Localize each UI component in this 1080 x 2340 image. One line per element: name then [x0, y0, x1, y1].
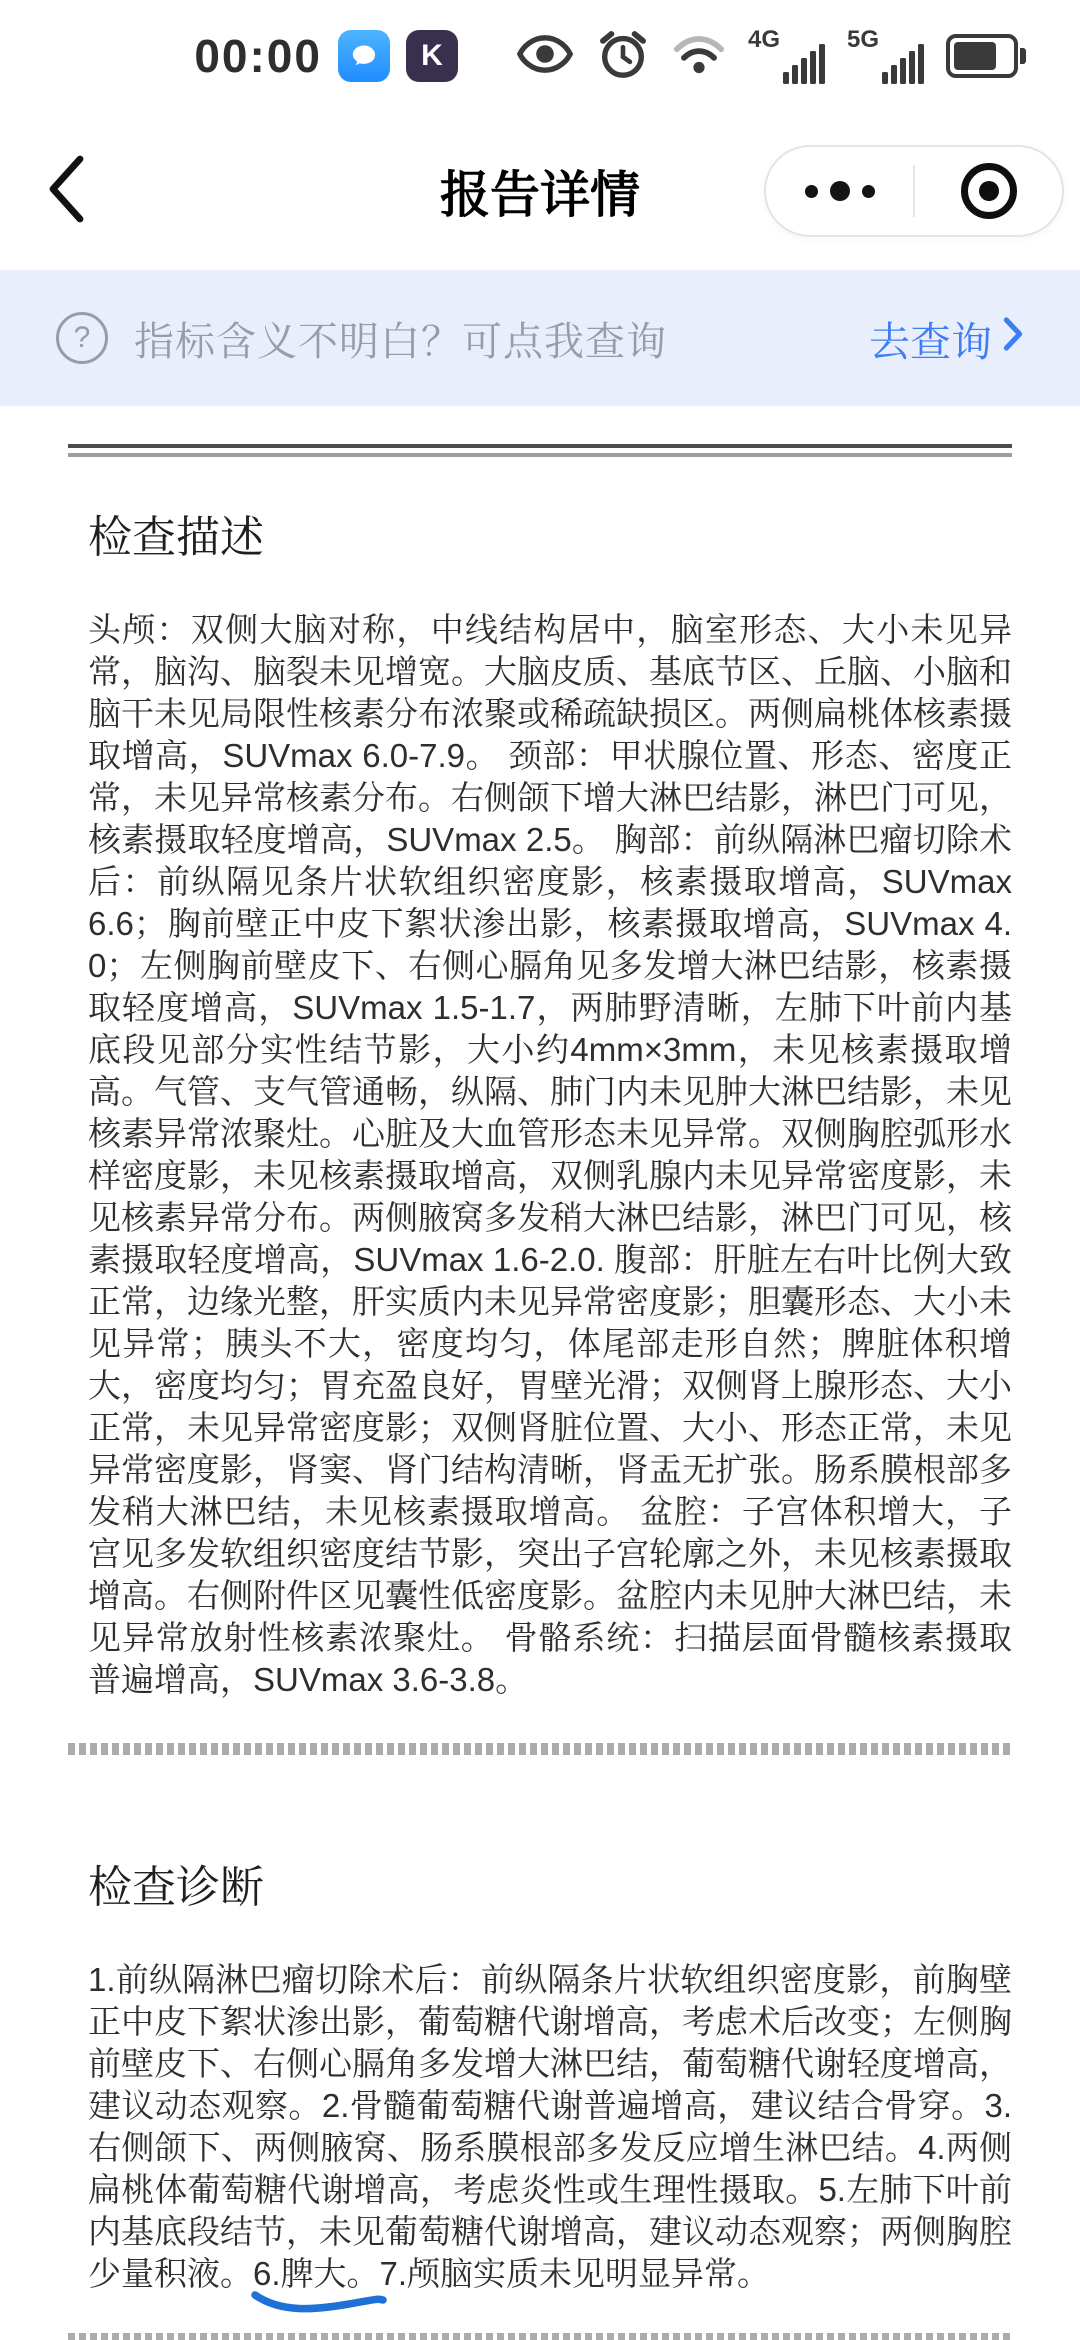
status-bar: 00:00 K 4G 5G — [0, 0, 1080, 112]
k-app-icon: K — [406, 30, 458, 82]
diagnosis-body: 1.前纵隔淋巴瘤切除术后：前纵隔条片状软组织密度影，前胸壁正中皮下絮状渗出影，葡… — [88, 1959, 1012, 2295]
help-banner[interactable]: ? 指标含义不明白？可点我查询 去查询 — [0, 270, 1080, 406]
wifi-icon — [672, 32, 726, 81]
diagnosis-title: 检查诊断 — [88, 1851, 1012, 1915]
status-right-cluster: 4G 5G — [516, 27, 1028, 86]
report-card: 检查描述 头颅：双侧大脑对称，中线结构居中，脑室形态、大小未见异常，脑沟、脑裂未… — [0, 444, 1080, 2340]
alarm-clock-icon — [596, 27, 650, 86]
target-circle-icon — [961, 163, 1017, 219]
question-circle-icon: ? — [56, 312, 108, 364]
signal-5g-label: 5G — [847, 28, 879, 52]
battery-nub — [1020, 48, 1026, 64]
report-top-divider — [68, 444, 1012, 457]
chevron-right-icon — [1002, 315, 1024, 362]
go-query-label: 去查询 — [869, 309, 992, 368]
diagnosis-text-part2: 7.颅脑实质未见明显异常。 — [380, 2255, 771, 2292]
section-dashed-divider — [68, 1743, 1012, 1755]
page-title: 报告详情 — [440, 155, 640, 227]
help-banner-text: 指标含义不明白？可点我查询 — [134, 310, 667, 367]
miniprogram-capsule — [764, 145, 1064, 237]
signal-4g: 4G — [748, 28, 825, 84]
battery-level — [954, 42, 996, 70]
signal-bars-icon — [783, 28, 825, 84]
screen: 00:00 K 4G 5G — [0, 0, 1080, 2340]
highlighted-finding: 6.脾大。 — [253, 2253, 380, 2295]
status-left-cluster: 00:00 K — [194, 29, 458, 83]
signal-5g: 5G — [847, 28, 924, 84]
eye-icon — [516, 33, 574, 80]
bottom-dashed-divider — [68, 2333, 1012, 2340]
diagnosis-section: 检查诊断 1.前纵隔淋巴瘤切除术后：前纵隔条片状软组织密度影，前胸壁正中皮下絮状… — [68, 1851, 1012, 2295]
messages-app-icon — [338, 30, 390, 82]
three-dots-icon — [805, 181, 875, 201]
go-query-link[interactable]: 去查询 — [869, 309, 1024, 368]
description-title: 检查描述 — [88, 501, 1012, 565]
description-body: 头颅：双侧大脑对称，中线结构居中，脑室形态、大小未见异常，脑沟、脑裂未见增宽。大… — [88, 609, 1012, 1701]
description-section: 检查描述 头颅：双侧大脑对称，中线结构居中，脑室形态、大小未见异常，脑沟、脑裂未… — [68, 501, 1012, 1701]
nav-bar: 报告详情 — [0, 112, 1080, 270]
highlighted-finding-text: 6.脾大。 — [253, 2255, 380, 2292]
back-button[interactable] — [42, 152, 102, 230]
more-button[interactable] — [766, 147, 913, 235]
battery-icon — [946, 34, 1018, 78]
diagnosis-text-part1: 1.前纵隔淋巴瘤切除术后：前纵隔条片状软组织密度影，前胸壁正中皮下絮状渗出影，葡… — [88, 1961, 1012, 2292]
signal-bars-icon — [882, 28, 924, 84]
chevron-left-icon — [42, 153, 88, 230]
signal-4g-label: 4G — [748, 28, 780, 52]
clock-text: 00:00 — [194, 29, 322, 83]
close-button[interactable] — [915, 147, 1062, 235]
